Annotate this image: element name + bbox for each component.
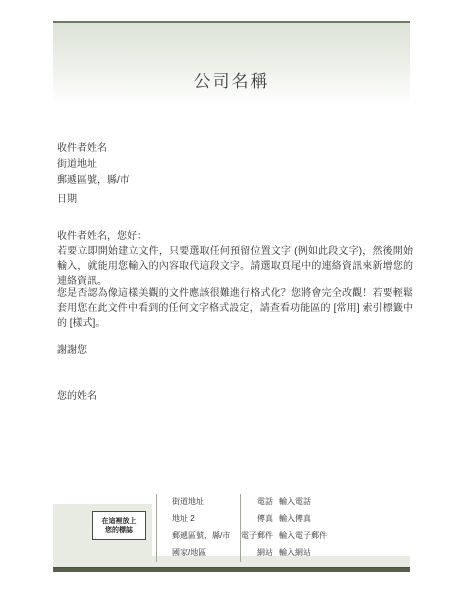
footer-phone-row: 電話 輸入電話 — [238, 493, 327, 510]
closing-line[interactable]: 謝謝您 — [57, 341, 87, 356]
footer-address2-placeholder[interactable]: 地址 2 — [172, 510, 230, 527]
footer-fax-row: 傳真 輸入傳真 — [238, 510, 327, 527]
footer-country-placeholder[interactable]: 國家/地區 — [172, 544, 230, 561]
email-label: 電子郵件 — [238, 527, 273, 544]
letter-page: 公司名稱 收件者姓名 街道地址 郵遞區號，縣/市 日期 收件者姓名，您好： 若要… — [0, 0, 462, 600]
phone-value-placeholder[interactable]: 輸入電話 — [279, 493, 311, 510]
footer-divider-left — [156, 494, 157, 562]
footer-bottom-bar — [53, 567, 410, 572]
date-placeholder[interactable]: 日期 — [57, 190, 77, 205]
company-name-placeholder[interactable]: 公司名稱 — [194, 67, 270, 105]
email-value-placeholder[interactable]: 輸入電子郵件 — [279, 527, 327, 544]
body-paragraph-2[interactable]: 您是否認為像這樣美觀的文件應該很難進行格式化？您將會完全改觀！若要輕鬆套用您在此… — [57, 286, 413, 331]
footer-street-placeholder[interactable]: 街道地址 — [172, 493, 230, 510]
recipient-street-placeholder[interactable]: 街道地址 — [57, 157, 130, 173]
phone-label: 電話 — [238, 493, 273, 510]
letter-header: 公司名稱 — [53, 23, 410, 105]
footer-email-row: 電子郵件 輸入電子郵件 — [238, 527, 327, 544]
fax-value-placeholder[interactable]: 輸入傳真 — [279, 510, 311, 527]
website-label: 網站 — [238, 544, 273, 561]
fax-label: 傳真 — [238, 510, 273, 527]
website-value-placeholder[interactable]: 輸入網站 — [279, 544, 311, 561]
recipient-name-placeholder[interactable]: 收件者姓名 — [57, 141, 130, 157]
recipient-city-placeholder[interactable]: 郵遞區號，縣/市 — [57, 173, 130, 189]
footer-contact-column: 電話 輸入電話 傳真 輸入傳真 電子郵件 輸入電子郵件 網站 輸入網站 — [238, 493, 327, 561]
logo-placeholder-box[interactable]: 在這裡放上 您的標誌 — [92, 511, 146, 540]
footer-city-placeholder[interactable]: 郵遞區號，縣/市 — [172, 527, 230, 544]
logo-placeholder-text-line1: 在這裡放上 — [102, 517, 137, 526]
footer-address-column: 街道地址 地址 2 郵遞區號，縣/市 國家/地區 — [172, 493, 230, 561]
body-paragraph-1[interactable]: 若要立即開始建立文件，只要選取任何預留位置文字 (例如此段文字)，然後開始輸入，… — [57, 244, 413, 289]
signature-placeholder[interactable]: 您的姓名 — [57, 387, 97, 402]
recipient-block: 收件者姓名 街道地址 郵遞區號，縣/市 — [57, 141, 130, 189]
footer-website-row: 網站 輸入網站 — [238, 544, 327, 561]
greeting-line[interactable]: 收件者姓名，您好： — [57, 227, 147, 242]
logo-placeholder-text-line2: 您的標誌 — [105, 526, 133, 535]
